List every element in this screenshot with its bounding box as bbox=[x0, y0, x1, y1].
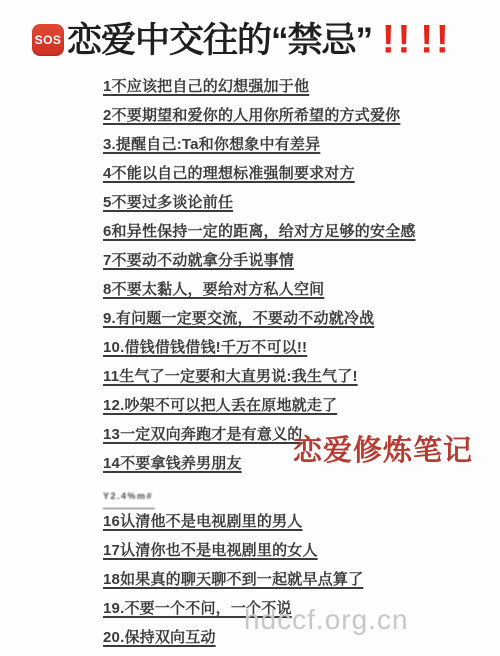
exclamation-icons: !! !! bbox=[382, 21, 459, 59]
list-item-text: 8不要太黏人，要给对方私人空间 bbox=[103, 281, 324, 298]
double-exclamation-icon: !! bbox=[420, 20, 451, 60]
list-item: 4不能以自己的理想标准强制要求对方 bbox=[103, 165, 490, 194]
list-item: 16认清他不是电视剧里的男人 bbox=[103, 513, 490, 542]
list-item: 1不应该把自己的幻想强加于他 bbox=[103, 78, 490, 107]
list-item-text: 11生气了一定要和大直男说:我生气了! bbox=[103, 368, 358, 385]
list-item: 12.吵架不可以把人丢在原地就走了 bbox=[103, 397, 490, 426]
list-item: 9.有问题一定要交流，不要动不动就冷战 bbox=[103, 310, 490, 339]
list-item: 10.借钱借钱借钱!千万不可以!! bbox=[103, 339, 490, 368]
list-item: 3.提醒自己:Ta和你想象中有差异 bbox=[103, 136, 490, 165]
list-item-redacted: Y2.4%m# bbox=[103, 484, 490, 513]
list-item: 7不要动不动就拿分手说事情 bbox=[103, 252, 490, 281]
list-item-text: 3.提醒自己:Ta和你想象中有差异 bbox=[103, 136, 320, 153]
list-item-text: 14不要拿钱养男朋友 bbox=[103, 455, 242, 472]
page-title-text: 恋爱中交往的“禁忌” bbox=[67, 23, 372, 58]
list-item: 8不要太黏人，要给对方私人空间 bbox=[103, 281, 490, 310]
list-item-text: 13一定双向奔跑才是有意义的 bbox=[103, 426, 303, 443]
sos-icon: SOS bbox=[32, 24, 64, 56]
list-item-text: 7不要动不动就拿分手说事情 bbox=[103, 252, 294, 269]
list-item-text: 9.有问题一定要交流，不要动不动就冷战 bbox=[103, 310, 374, 327]
site-watermark: hdccf.org.cn bbox=[244, 604, 409, 636]
list-item: 18如果真的聊天聊不到一起就早点算了 bbox=[103, 571, 490, 600]
list-item-text: 12.吵架不可以把人丢在原地就走了 bbox=[103, 397, 337, 414]
list-item-text: 10.借钱借钱借钱!千万不可以!! bbox=[103, 339, 307, 356]
list-item-text: 16认清他不是电视剧里的男人 bbox=[103, 513, 303, 530]
list-item: 6和异性保持一定的距离，给对方足够的安全感 bbox=[103, 223, 490, 252]
list-item-text: 20.保持双向互动 bbox=[103, 629, 216, 646]
redacted-scribble: Y2.4%m# bbox=[103, 488, 155, 509]
list-item-text: 4不能以自己的理想标准强制要求对方 bbox=[103, 165, 355, 182]
list-item-text: 2不要期望和爱你的人用你所希望的方式爱你 bbox=[103, 107, 400, 124]
list-item-text: 18如果真的聊天聊不到一起就早点算了 bbox=[103, 571, 363, 588]
page-title: SOS 恋爱中交往的“禁忌” !! !! bbox=[32, 21, 459, 59]
note-canvas: SOS 恋爱中交往的“禁忌” !! !! 1不应该把自己的幻想强加于他 2不要期… bbox=[0, 0, 500, 656]
double-exclamation-icon: !! bbox=[382, 20, 413, 60]
list-item-text: 17认清你也不是电视剧里的女人 bbox=[103, 542, 318, 559]
list-item-text: 6和异性保持一定的距离，给对方足够的安全感 bbox=[103, 223, 416, 240]
list-item: 17认清你也不是电视剧里的女人 bbox=[103, 542, 490, 571]
brand-stamp: 恋爱修炼笔记 bbox=[293, 428, 473, 469]
list-item-text: 1不应该把自己的幻想强加于他 bbox=[103, 78, 309, 95]
list-item-text: 5不要过多谈论前任 bbox=[103, 194, 233, 211]
list-item: 2不要期望和爱你的人用你所希望的方式爱你 bbox=[103, 107, 490, 136]
taboo-list: 1不应该把自己的幻想强加于他 2不要期望和爱你的人用你所希望的方式爱你 3.提醒… bbox=[103, 78, 490, 656]
list-item: 5不要过多谈论前任 bbox=[103, 194, 490, 223]
list-item: 11生气了一定要和大直男说:我生气了! bbox=[103, 368, 490, 397]
